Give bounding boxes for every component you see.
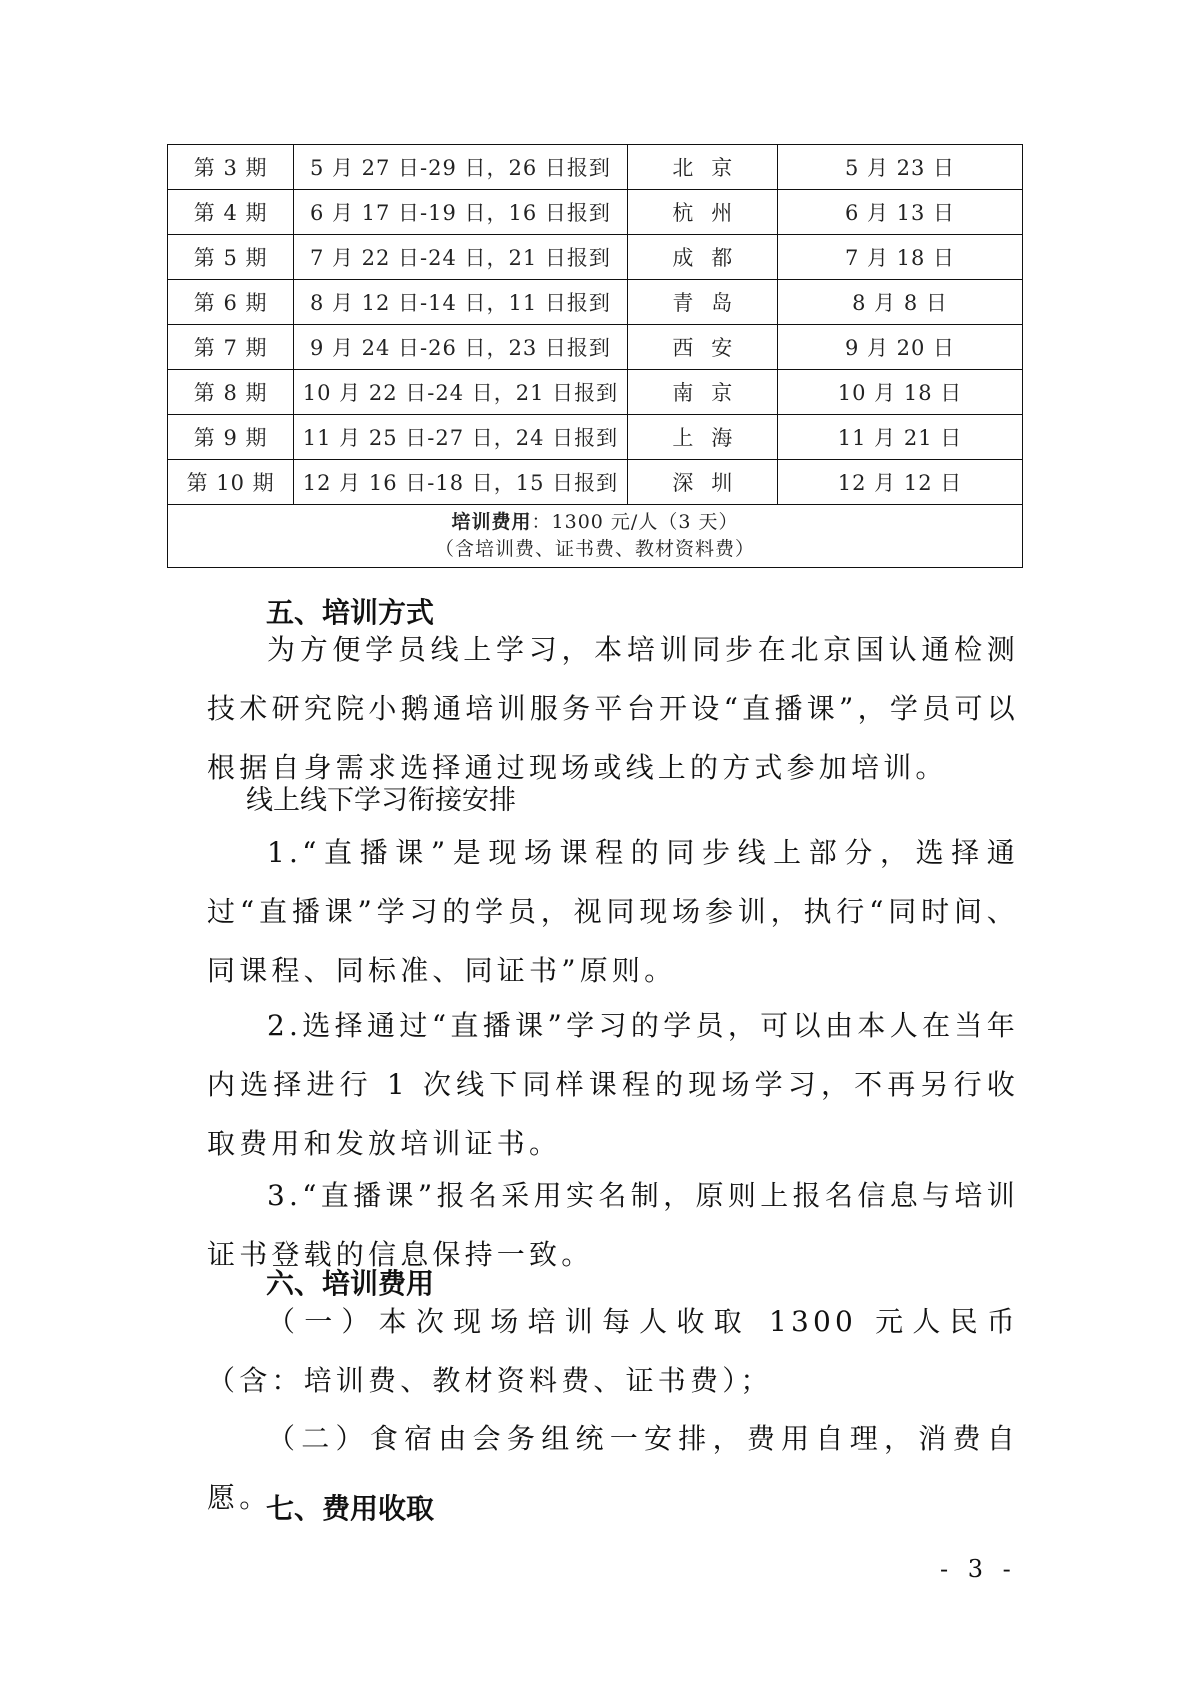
deadline-cell: 9 月 20 日 xyxy=(778,325,1023,370)
table-row: 第 5 期 7 月 22 日-24 日，21 日报到 成都 7 月 18 日 xyxy=(168,235,1023,280)
fee-value: ：1300 元/人（3 天） xyxy=(532,511,739,533)
table-row: 第 3 期 5 月 27 日-29 日，26 日报到 北京 5 月 23 日 xyxy=(168,145,1023,190)
period-cell: 第 9 期 xyxy=(168,415,294,460)
period-cell: 第 3 期 xyxy=(168,145,294,190)
table-row: 第 6 期 8 月 12 日-14 日，11 日报到 青岛 8 月 8 日 xyxy=(168,280,1023,325)
dates-cell: 8 月 12 日-14 日，11 日报到 xyxy=(294,280,627,325)
city-cell: 西安 xyxy=(627,325,777,370)
fee-cell: 培训费用：1300 元/人（3 天） （含培训费、证书费、教材资料费） xyxy=(168,505,1023,568)
city-cell: 上海 xyxy=(627,415,777,460)
fee-line: 培训费用：1300 元/人（3 天） xyxy=(168,509,1022,536)
dates-cell: 10 月 22 日-24 日，21 日报到 xyxy=(294,370,627,415)
fee-label: 培训费用 xyxy=(452,511,532,533)
fee-row: 培训费用：1300 元/人（3 天） （含培训费、证书费、教材资料费） xyxy=(168,505,1023,568)
fee-note: （含培训费、证书费、教材资料费） xyxy=(168,536,1022,563)
deadline-cell: 5 月 23 日 xyxy=(778,145,1023,190)
subheading-online-offline: 线上线下学习衔接安排 xyxy=(246,778,516,817)
section-heading-fee-collection: 七、费用收取 xyxy=(266,1487,434,1527)
dates-cell: 9 月 24 日-26 日，23 日报到 xyxy=(294,325,627,370)
table-row: 第 7 期 9 月 24 日-26 日，23 日报到 西安 9 月 20 日 xyxy=(168,325,1023,370)
period-cell: 第 5 期 xyxy=(168,235,294,280)
deadline-cell: 7 月 18 日 xyxy=(778,235,1023,280)
city-cell: 北京 xyxy=(627,145,777,190)
list-item-1: 1.“直播课”是现场课程的同步线上部分，选择通过“直播课”学习的学员，视同现场参… xyxy=(207,823,1019,1000)
city-cell: 青岛 xyxy=(627,280,777,325)
dates-cell: 5 月 27 日-29 日，26 日报到 xyxy=(294,145,627,190)
dates-cell: 6 月 17 日-19 日，16 日报到 xyxy=(294,190,627,235)
period-cell: 第 10 期 xyxy=(168,460,294,505)
dates-cell: 7 月 22 日-24 日，21 日报到 xyxy=(294,235,627,280)
period-cell: 第 7 期 xyxy=(168,325,294,370)
list-item-2: 2.选择通过“直播课”学习的学员，可以由本人在当年内选择进行 1 次线下同样课程… xyxy=(207,996,1019,1173)
period-cell: 第 8 期 xyxy=(168,370,294,415)
dates-cell: 12 月 16 日-18 日，15 日报到 xyxy=(294,460,627,505)
deadline-cell: 10 月 18 日 xyxy=(778,370,1023,415)
deadline-cell: 11 月 21 日 xyxy=(778,415,1023,460)
table-row: 第 9 期 11 月 25 日-27 日，24 日报到 上海 11 月 21 日 xyxy=(168,415,1023,460)
document-page: 第 3 期 5 月 27 日-29 日，26 日报到 北京 5 月 23 日 第… xyxy=(0,0,1190,1683)
training-schedule-table: 第 3 期 5 月 27 日-29 日，26 日报到 北京 5 月 23 日 第… xyxy=(167,144,1023,568)
city-cell: 深圳 xyxy=(627,460,777,505)
deadline-cell: 6 月 13 日 xyxy=(778,190,1023,235)
table-row: 第 4 期 6 月 17 日-19 日，16 日报到 杭州 6 月 13 日 xyxy=(168,190,1023,235)
table-row: 第 10 期 12 月 16 日-18 日，15 日报到 深圳 12 月 12 … xyxy=(168,460,1023,505)
paragraph-training-method: 为方便学员线上学习，本培训同步在北京国认通检测技术研究院小鹅通培训服务平台开设“… xyxy=(207,620,1019,797)
city-cell: 杭州 xyxy=(627,190,777,235)
period-cell: 第 4 期 xyxy=(168,190,294,235)
dates-cell: 11 月 25 日-27 日，24 日报到 xyxy=(294,415,627,460)
paragraph-fee-1: （一）本次现场培训每人收取 1300 元人民币（含：培训费、教材资料费、证书费）… xyxy=(207,1292,1019,1410)
period-cell: 第 6 期 xyxy=(168,280,294,325)
deadline-cell: 8 月 8 日 xyxy=(778,280,1023,325)
city-cell: 成都 xyxy=(627,235,777,280)
table-row: 第 8 期 10 月 22 日-24 日，21 日报到 南京 10 月 18 日 xyxy=(168,370,1023,415)
city-cell: 南京 xyxy=(627,370,777,415)
page-number: - 3 - xyxy=(940,1555,1017,1583)
deadline-cell: 12 月 12 日 xyxy=(778,460,1023,505)
